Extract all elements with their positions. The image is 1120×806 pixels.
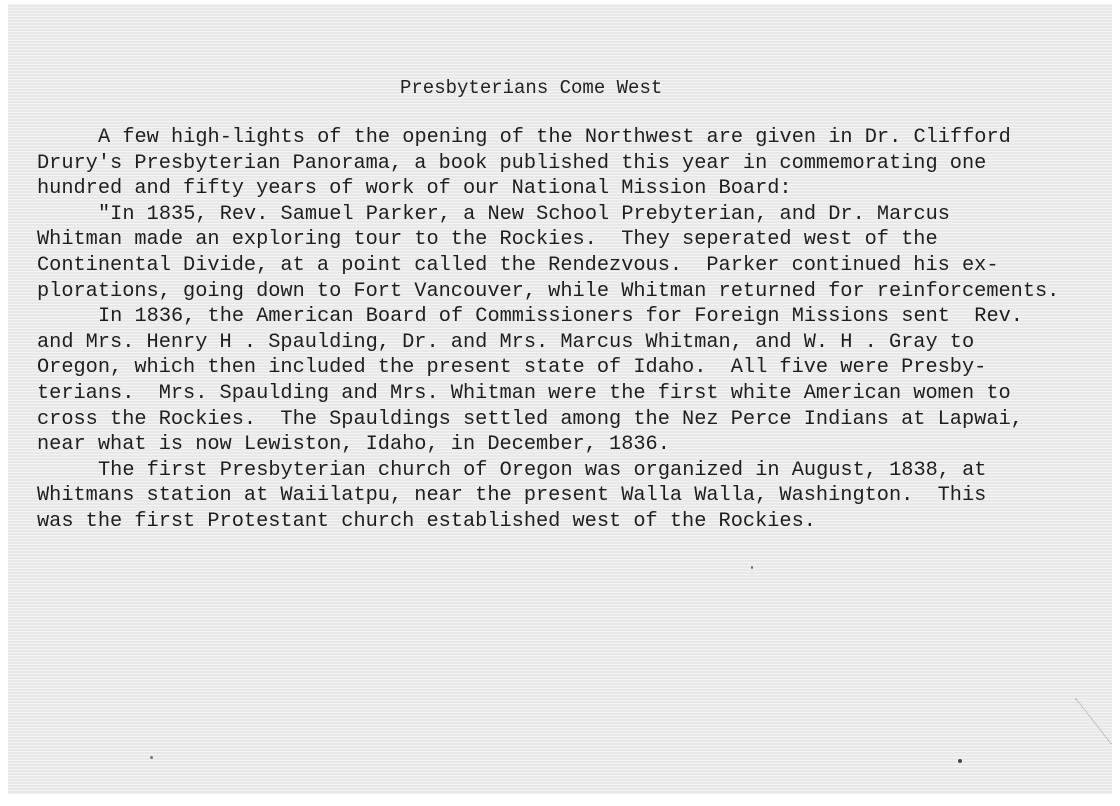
paper-scratch <box>1075 698 1111 744</box>
text-line: and Mrs. Henry H . Spaulding, Dr. and Mr… <box>37 333 974 353</box>
text-line: terians. Mrs. Spaulding and Mrs. Whitman… <box>37 384 1011 404</box>
text-line: Oregon, which then included the present … <box>37 358 986 378</box>
paper-speck <box>958 759 962 763</box>
text-line: A few high-lights of the opening of the … <box>98 128 1011 148</box>
text-line: cross the Rockies. The Spauldings settle… <box>37 410 1023 430</box>
paper-speck <box>751 566 753 569</box>
text-line: was the first Protestant church establis… <box>37 512 816 532</box>
text-line: Drury's Presbyterian Panorama, a book pu… <box>37 154 986 174</box>
text-line: In 1836, the American Board of Commissio… <box>98 307 1023 327</box>
text-line: hundred and fifty years of work of our N… <box>37 179 792 199</box>
text-line: Whitmans station at Waiilatpu, near the … <box>37 486 986 506</box>
text-line: plorations, going down to Fort Vancouver… <box>37 282 1059 302</box>
document-title: Presbyterians Come West <box>400 77 662 99</box>
paper-speck <box>150 756 153 759</box>
text-line: Whitman made an exploring tour to the Ro… <box>37 230 938 250</box>
text-line: "In 1835, Rev. Samuel Parker, a New Scho… <box>98 205 950 225</box>
text-line: Continental Divide, at a point called th… <box>37 256 999 276</box>
text-line: The first Presbyterian church of Oregon … <box>98 461 986 481</box>
scanned-page: Presbyterians Come West A few high-light… <box>8 4 1112 794</box>
text-line: near what is now Lewiston, Idaho, in Dec… <box>37 435 670 455</box>
